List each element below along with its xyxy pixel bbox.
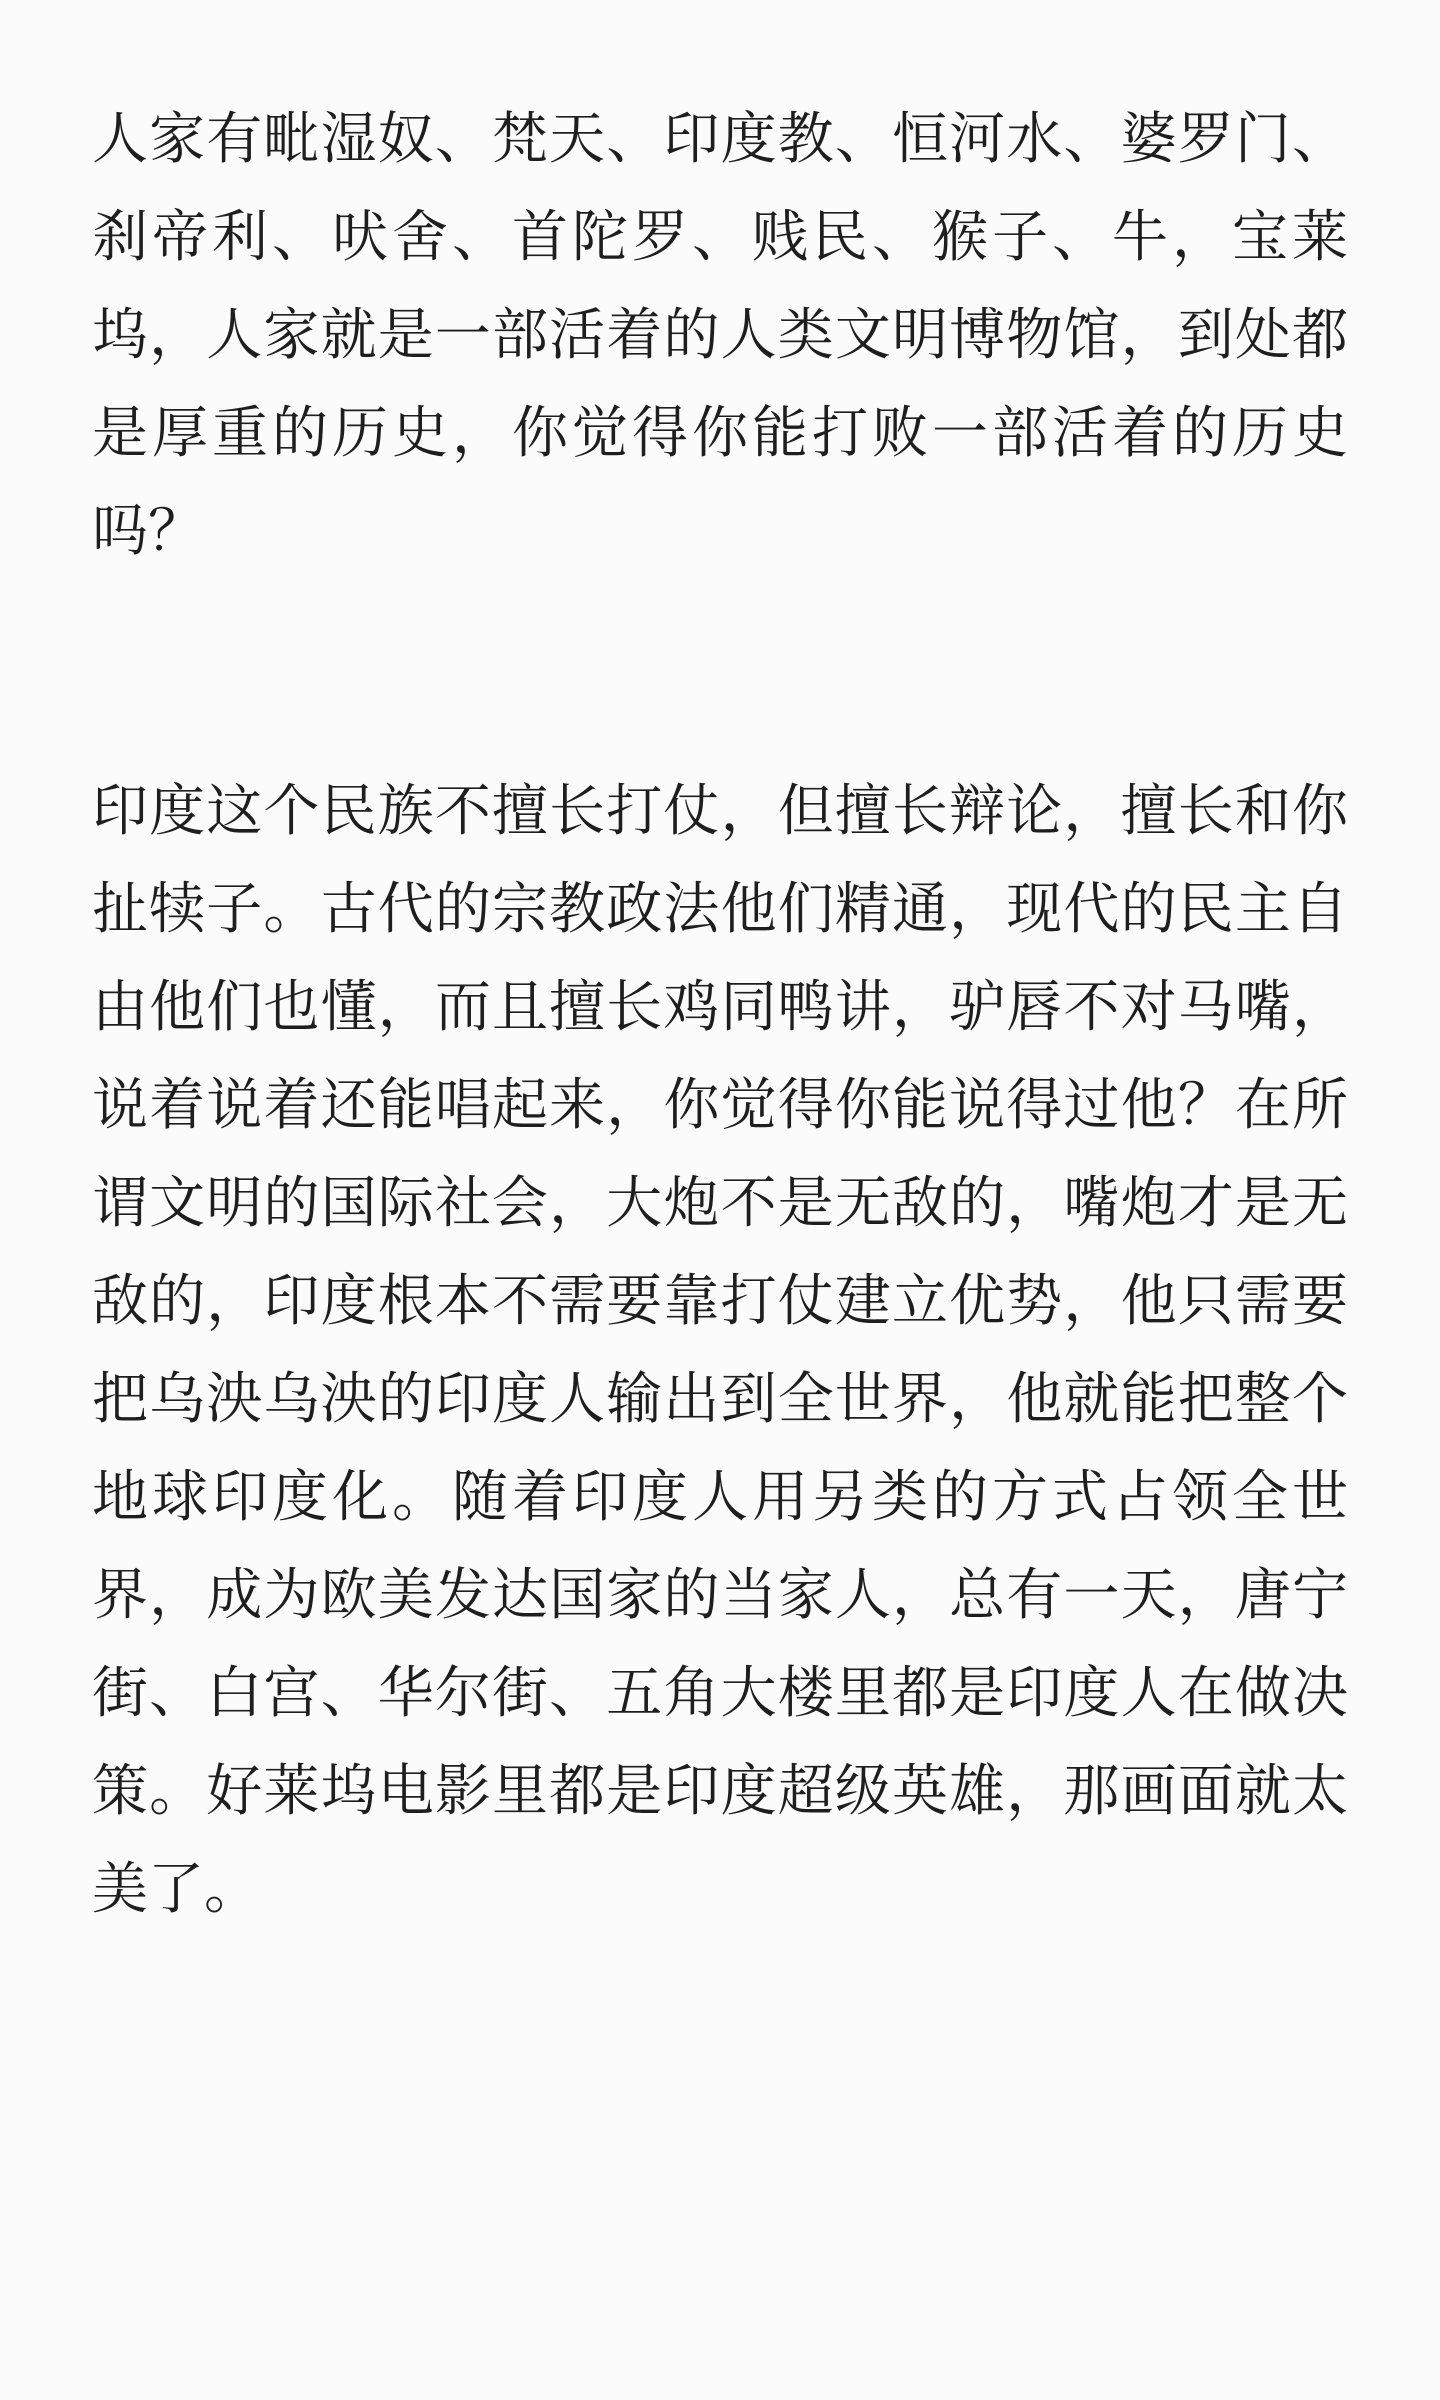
text-line: 美了。 [92, 1840, 1348, 1938]
text-line: 说着说着还能唱起来，你觉得你能说得过他？在所 [92, 1056, 1348, 1154]
text-line: 界，成为欧美发达国家的当家人，总有一天，唐宁 [92, 1546, 1348, 1644]
text-line: 由他们也懂，而且擅长鸡同鸭讲，驴唇不对马嘴， [92, 958, 1348, 1056]
text-line: 谓文明的国际社会，大炮不是无敌的，嘴炮才是无 [92, 1154, 1348, 1252]
page-content: 人家有毗湿奴、梵天、印度教、恒河水、婆罗门、 刹帝利、吠舍、首陀罗、贱民、猴子、… [0, 0, 1440, 1938]
text-line: 人家有毗湿奴、梵天、印度教、恒河水、婆罗门、 [92, 90, 1348, 188]
text-line: 敌的，印度根本不需要靠打仗建立优势，他只需要 [92, 1252, 1348, 1350]
paragraph-1: 人家有毗湿奴、梵天、印度教、恒河水、婆罗门、 刹帝利、吠舍、首陀罗、贱民、猴子、… [92, 90, 1348, 580]
text-line: 地球印度化。随着印度人用另类的方式占领全世 [92, 1448, 1348, 1546]
text-line: 把乌泱乌泱的印度人输出到全世界，他就能把整个 [92, 1350, 1348, 1448]
text-line: 扯犊子。古代的宗教政法他们精通，现代的民主自 [92, 860, 1348, 958]
text-line: 街、白宫、华尔街、五角大楼里都是印度人在做决 [92, 1644, 1348, 1742]
text-line: 印度这个民族不擅长打仗，但擅长辩论，擅长和你 [92, 762, 1348, 860]
text-line: 吗？ [92, 482, 1348, 580]
paragraph-2: 印度这个民族不擅长打仗，但擅长辩论，擅长和你 扯犊子。古代的宗教政法他们精通，现… [92, 762, 1348, 1938]
text-line: 刹帝利、吠舍、首陀罗、贱民、猴子、牛，宝莱 [92, 188, 1348, 286]
text-line: 坞，人家就是一部活着的人类文明博物馆，到处都 [92, 286, 1348, 384]
text-line: 策。好莱坞电影里都是印度超级英雄，那画面就太 [92, 1742, 1348, 1840]
text-line: 是厚重的历史，你觉得你能打败一部活着的历史 [92, 384, 1348, 482]
